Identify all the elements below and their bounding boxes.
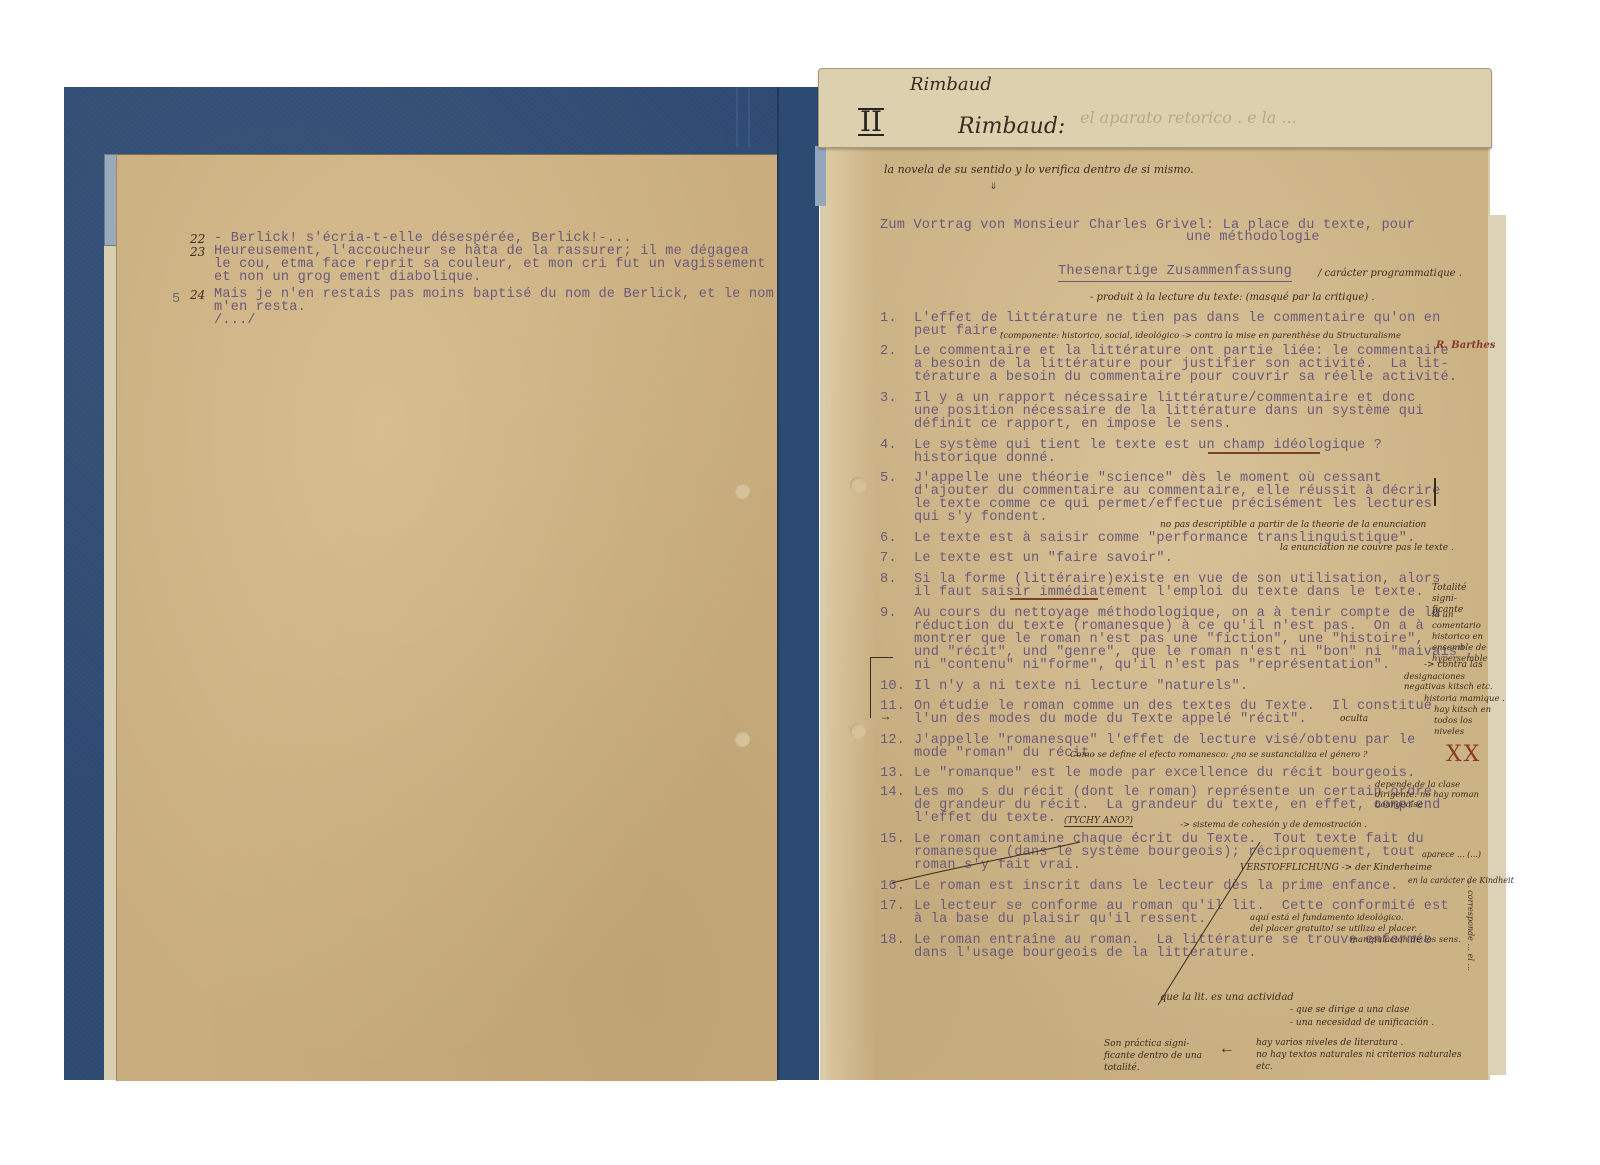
annotation: (componente: historico, social, ideológi… [1000,331,1401,341]
annotation: la un comentario historico en ensemble d… [1432,610,1490,665]
annotation: historia mamique . [1424,694,1505,704]
annotation: -> contra las [1424,660,1483,670]
thesis-number: 13. [880,767,905,780]
punch-hole [850,723,866,739]
annotation: del placer gratuito! se utiliza el place… [1250,924,1417,934]
bracket-mark [870,657,893,718]
thesis-number: 18. [880,934,905,947]
margin-bar-mark [1434,478,1436,506]
arrow-left-icon: ← [1222,1040,1232,1058]
folder-crease [748,87,750,147]
annotation: aparece ... (...) [1422,850,1481,859]
annotation: aquí está el fundamento ideológico. [1250,913,1404,923]
annotation: -> sistema de cohesión y de demostración… [1180,820,1367,830]
thesis-number: 3. [880,392,897,405]
thesis-number: 17. [880,900,905,913]
annotation-red: R. Barthes [1436,340,1495,351]
thesis-number: 14. [880,786,905,799]
section-heading: Thesenartige Zusammenfassung [1058,265,1292,282]
punch-hole [734,483,750,499]
annotation: - que se dirige a una clase [1290,1005,1410,1015]
annotation: la enunciation ne couvre pas le texte . [1280,543,1460,554]
handwritten-heading: Rimbaud: [958,114,1065,139]
thesis-line: il faut saisir immédiatement l'emploi du… [914,586,1441,599]
annotation: en la carácter de Kindheit [1408,876,1514,885]
document-title: Zum Vortrag von Monsieur Charles Grivel:… [880,219,1415,232]
handwritten-heading-small: Rimbaud [910,74,992,95]
thesis-line: ni "contenu" ni"forme", qu'il n'est pas … [914,659,1474,672]
thesis-number: 6. [880,532,897,545]
thesis-number: 9. [880,607,897,620]
annotation: - una necesidad de unificación . [1290,1018,1434,1028]
curved-pen-line [890,838,1090,888]
faded-bleedthrough-text: el aparato retorico . e la ... [1080,108,1297,127]
thesis-line: Le texte est un "faire savoir". [914,552,1173,565]
annotation: - produit à la lecture du texte: (masqué… [1090,292,1375,303]
thesis-line: Le "romanque" est le mode par excellence… [914,767,1415,780]
annotation: no pas descriptible a partir de la theor… [1160,520,1426,530]
annotation: / carácter programmatique . [1318,268,1462,279]
punch-hole [734,731,750,747]
thesis-line: Il n'y a ni texte ni lecture "naturels". [914,680,1248,693]
roman-numeral: II [858,108,884,136]
punch-hole [850,477,866,493]
annotation: hay kitsch en todos los niveles [1434,705,1492,738]
thesis-number: 12. [880,734,905,747]
annotation: no hay textos naturales ni criterios nat… [1256,1050,1462,1060]
annotation: hay varios niveles de literatura . [1256,1038,1404,1048]
text-line: /.../ [214,314,256,327]
document-title-line2: une méthodologie [1186,231,1320,244]
annotation: manipulación de los sens. [1350,935,1461,945]
annotation: Son práctica signi- ficante dentro de un… [1104,1038,1214,1074]
folder-crease [736,87,738,147]
margin-number: 23 [190,245,205,259]
thesis-line: térature a besoin du commentaire pour co… [914,371,1457,384]
folder-spine [777,87,819,1080]
outer-margin-mark: 5 [172,293,180,306]
page-fold [826,146,876,1080]
annotation: etc. [1256,1062,1273,1072]
thesis-line: définit ce rapport, en impose le sens. [914,418,1424,431]
thesis-number: 7. [880,552,897,565]
underline-mark [1208,452,1320,454]
thesis-number: 5. [880,472,897,485]
annotation-red-xx: XX [1446,742,1481,767]
thesis-number: 8. [880,573,897,586]
text-line: et non un grog ement diabolique. [214,271,481,284]
annotation: (TYCHY ANO?) [1064,816,1133,827]
annotation: Como se define el efecto romanesco: ¿no … [1070,750,1367,760]
annotation: depende de la clase dirigente: no hay ro… [1375,780,1485,810]
arrow-right-icon: → [882,710,889,724]
annotation-vertical: ... corresponde ... el ... [1466,880,1475,980]
thesis-number: 2. [880,345,897,358]
thesis-number: 1. [880,312,897,325]
margin-number: 24 [190,288,205,302]
handwritten-top-note: la novela de su sentido y lo verifica de… [884,163,1194,176]
arrow-down-icon: ⇓ [990,178,997,193]
margin-number: 22 [190,232,205,246]
annotation: designaciones negativas kitsch etc. [1404,672,1494,692]
thesis-number: 4. [880,439,897,452]
annotation: oculta [1340,714,1368,724]
underline-mark [1010,598,1098,600]
diagonal-pen-line [1150,840,1270,1010]
